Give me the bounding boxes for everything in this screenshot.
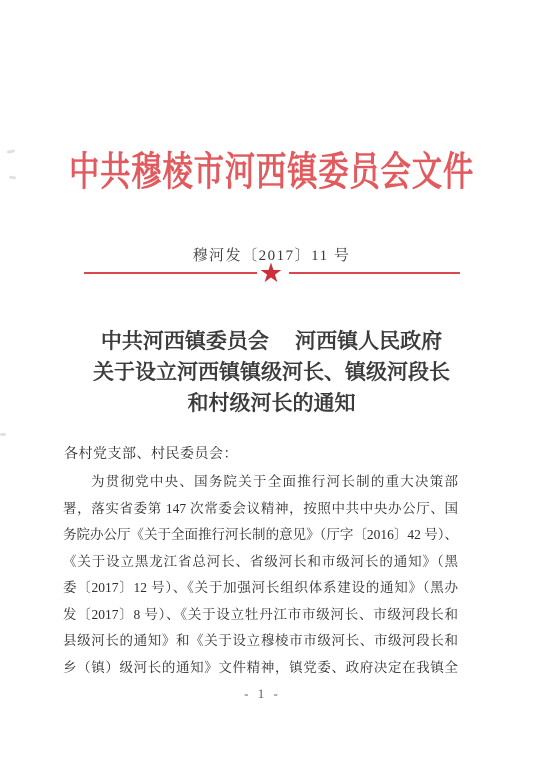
red-divider-line-right — [289, 272, 460, 274]
document-title-line: 关于设立河西镇镇级河长、镇级河段长 — [0, 357, 543, 388]
document-title-line: 中共河西镇委员会 河西镇人民政府 — [0, 326, 543, 357]
body-line: 务院办公厅《关于全面推行河长制的意见》（厅字〔2016〕42 号）、 — [63, 522, 458, 549]
document-title-line: 和村级河长的通知 — [0, 388, 543, 419]
body-line: 发〔2017〕8 号）、《关于设立牡丹江市市级河长、市级河段长和 — [63, 602, 458, 629]
addressee-line: 各村党支部、村民委员会： — [64, 443, 238, 463]
red-star-icon: ★ — [257, 259, 285, 287]
document-title: 中共河西镇委员会 河西镇人民政府 关于设立河西镇镇级河长、镇级河段长 和村级河长… — [0, 326, 543, 419]
body-line: 《关于设立黑龙江省总河长、省级河长和市级河长的通知》（黑 — [63, 549, 458, 576]
body-line: 县级河长的通知》和《关于设立穆棱市市级河长、市级河段长和 — [63, 628, 458, 655]
letterhead-title: 中共穆棱市河西镇委员会文件 — [65, 144, 478, 200]
scan-artifact — [7, 149, 15, 154]
body-line: 为贯彻党中央、国务院关于全面推行河长制的重大决策部 — [63, 469, 458, 496]
body-line: 委〔2017〕12 号）、《关于加强河长组织体系建设的通知》（黑办 — [63, 575, 458, 602]
scan-artifact — [9, 176, 16, 180]
document-page: 中共穆棱市河西镇委员会文件 穆河发〔2017〕11 号 ★ 中共河西镇委员会 河… — [0, 0, 543, 768]
body-line: 署，落实省委第 147 次常委会议精神，按照中共中央办公厅、国 — [63, 496, 458, 523]
body-line: 乡（镇）级河长的通知》文件精神，镇党委、政府决定在我镇全 — [63, 655, 458, 682]
scan-artifact — [0, 433, 6, 436]
page-number: - 1 - — [0, 686, 525, 702]
body-paragraph: 为贯彻党中央、国务院关于全面推行河长制的重大决策部 署，落实省委第 147 次常… — [63, 469, 458, 681]
red-divider-line-left — [84, 272, 257, 274]
